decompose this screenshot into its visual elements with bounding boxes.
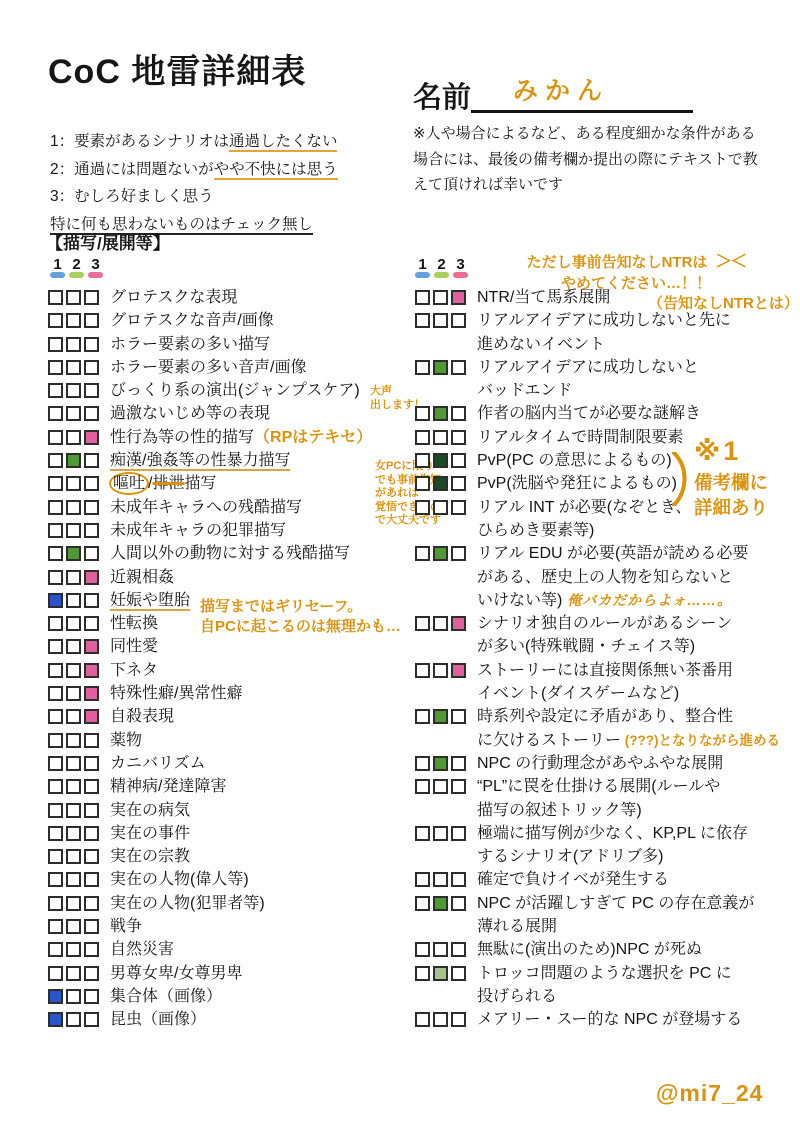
item-label-text: 人間以外の動物に対する残酷描写 <box>110 545 350 562</box>
scale-number: 3 <box>88 257 103 272</box>
checkbox-1[interactable] <box>48 872 63 887</box>
checkbox-1[interactable] <box>48 453 63 468</box>
scale-col-3: 3 <box>88 257 103 278</box>
checkbox-3[interactable] <box>84 360 99 375</box>
checkbox-1[interactable] <box>48 360 63 375</box>
checkbox-group <box>415 542 466 561</box>
scale-header-right: 123 <box>415 257 468 278</box>
checkbox-group <box>48 985 99 1004</box>
item-label: 実在の人物(偉人等) <box>110 868 249 891</box>
checkbox-3[interactable] <box>451 779 466 794</box>
item-label: 未成年キャラへの残酷描写 <box>110 496 302 519</box>
checkbox-2[interactable] <box>66 849 81 864</box>
ntr-warning-line1: ただし事前告知なしNTRは <box>527 254 708 271</box>
item-label: びっくり系の演出(ジャンプスケア) <box>110 379 360 402</box>
checkbox-1[interactable] <box>415 826 430 841</box>
checkbox-3[interactable] <box>451 1012 466 1027</box>
checkbox-3[interactable] <box>84 593 99 608</box>
scale-number: 3 <box>453 257 468 272</box>
scale-number: 2 <box>434 257 449 272</box>
checkbox-3[interactable] <box>84 686 99 701</box>
checkbox-2[interactable] <box>66 803 81 818</box>
checkbox-2[interactable] <box>66 826 81 841</box>
item-label-text: 無駄に(演出のため)NPC が死ぬ <box>477 941 702 958</box>
checkbox-1[interactable] <box>48 849 63 864</box>
checkbox-1[interactable] <box>48 290 63 305</box>
checklist-item: トロッコ問題のような選択を PC に 投げられる <box>415 962 800 1009</box>
checkbox-2[interactable] <box>433 826 448 841</box>
checkbox-group <box>415 752 466 771</box>
ntr-warning-line2: やめてください…！！ <box>561 275 711 292</box>
item-label-text: グロテスクな表現 <box>110 289 237 306</box>
checklist-item: 自殺表現 <box>48 705 443 728</box>
checkbox-1[interactable] <box>415 290 430 305</box>
checkbox-group <box>48 752 99 771</box>
item-label-text: 実在の病気 <box>110 802 190 819</box>
item-label: 未成年キャラの犯罪描写 <box>110 519 286 542</box>
checklist-item: 描写まではギリセーフ。 自PCに起こるのは無理かも…妊娠や堕胎 <box>48 589 443 612</box>
item-label: リアル EDU が必要(英語が読める必要 がある、歴史上の人物を知らないと いけ… <box>477 542 748 612</box>
checkbox-3[interactable] <box>84 290 99 305</box>
checkbox-1[interactable] <box>48 523 63 538</box>
item-label-text: カニバリズム <box>110 755 206 772</box>
checkbox-2[interactable] <box>66 709 81 724</box>
checkbox-1[interactable] <box>48 430 63 445</box>
checklist-item: 嘔吐/排泄描写 <box>48 472 443 495</box>
checkbox-3[interactable] <box>451 500 466 515</box>
checkbox-1[interactable] <box>48 709 63 724</box>
checkbox-group <box>48 915 99 934</box>
emoticon: ＞＜ <box>715 252 745 271</box>
checkbox-3[interactable] <box>84 663 99 678</box>
checklist-item: 性行為等の性的描写（RPはテキセ） <box>48 426 443 449</box>
item-label-text: ホラー要素の多い音声/画像 <box>110 359 306 376</box>
checkbox-3[interactable] <box>84 616 99 631</box>
checkbox-group <box>415 286 466 305</box>
checklist-item: 時系列や設定に矛盾があり、整合性 に欠けるストーリー (???)となりながら進め… <box>415 705 800 752</box>
checkbox-1[interactable] <box>48 406 63 421</box>
checkbox-group <box>415 449 466 468</box>
item-label-text: リアルアイデアに成功しないと先に 進めないイベント <box>477 312 731 352</box>
checkbox-1[interactable] <box>415 709 430 724</box>
checkbox-group <box>415 612 466 631</box>
checkbox-1[interactable] <box>415 453 430 468</box>
item-label-text: 実在の人物(犯罪者等) <box>110 895 265 912</box>
checkbox-group <box>48 868 99 887</box>
checkbox-1[interactable] <box>48 639 63 654</box>
checkbox-1[interactable] <box>48 989 63 1004</box>
checkbox-3[interactable] <box>451 872 466 887</box>
checklist-item: リアルアイデアに成功しないと先に 進めないイベント <box>415 309 800 356</box>
checklist-item: 実在の病気 <box>48 799 443 822</box>
scale-number: 1 <box>415 257 430 272</box>
checklist-item: 精神病/発達障害 <box>48 775 443 798</box>
item-label-text: 戦争 <box>110 918 142 935</box>
checkbox-2[interactable] <box>66 1012 81 1027</box>
checkbox-2[interactable] <box>66 919 81 934</box>
item-label-text: リアルタイムで時間制限要素 <box>477 429 683 446</box>
checkbox-1[interactable] <box>415 616 430 631</box>
name-input[interactable]: みかん <box>471 74 693 113</box>
item-label-text: 自然災害 <box>110 941 174 958</box>
checkbox-group <box>415 775 466 794</box>
checkbox-2[interactable] <box>66 966 81 981</box>
checkbox-1[interactable] <box>415 942 430 957</box>
checkbox-group <box>415 892 466 911</box>
item-label-text: 昆虫（画像） <box>110 1011 206 1028</box>
checkbox-3[interactable] <box>84 756 99 771</box>
checkbox-3[interactable] <box>84 430 99 445</box>
checklist-item: 同性愛 <box>48 635 443 658</box>
checkbox-3[interactable] <box>84 523 99 538</box>
checkbox-2[interactable] <box>66 663 81 678</box>
item-label: 自殺表現 <box>110 705 174 728</box>
checkbox-1[interactable] <box>48 570 63 585</box>
checkbox-2[interactable] <box>433 1012 448 1027</box>
checkbox-3[interactable] <box>451 476 466 491</box>
checkbox-3[interactable] <box>84 639 99 654</box>
checkbox-3[interactable] <box>84 383 99 398</box>
checkbox-group <box>415 938 466 957</box>
checkbox-3[interactable] <box>451 290 466 305</box>
checkbox-3[interactable] <box>84 896 99 911</box>
name-label: 名前 <box>413 82 471 114</box>
checkbox-3[interactable] <box>84 779 99 794</box>
checkbox-2[interactable] <box>66 430 81 445</box>
checkbox-2[interactable] <box>433 476 448 491</box>
item-label-text: 特殊性癖/異常性癖 <box>110 685 242 702</box>
ntr-warning-note: ただし事前告知なしNTRは＞＜ やめてください…！！ <box>505 251 767 294</box>
item-label-text: PvP(洗脳や発狂によるもの) <box>477 475 677 492</box>
checkbox-3[interactable] <box>84 919 99 934</box>
checklist-item: 過激ないじめ等の表現 <box>48 402 443 425</box>
item-label: 性行為等の性的描写（RPはテキセ） <box>110 426 372 449</box>
legend-line-2-text: 2：通過には問題ないが <box>50 161 214 178</box>
checklist-item: シナリオ独自のルールがあるシーン が多い(特殊戦闘・チェイス等) <box>415 612 800 659</box>
checkbox-2[interactable] <box>433 896 448 911</box>
checkbox-3[interactable] <box>84 570 99 585</box>
checkbox-group <box>48 356 99 375</box>
checklist-item: 集合体（画像） <box>48 985 443 1008</box>
checklist-item: 自然災害 <box>48 938 443 961</box>
checkbox-2[interactable] <box>433 500 448 515</box>
checkbox-2[interactable] <box>433 290 448 305</box>
checklist-item: 未成年キャラの犯罪描写 <box>48 519 443 542</box>
item-label-text: 確定で負けイベが発生する <box>477 871 669 888</box>
checkbox-3[interactable] <box>84 453 99 468</box>
checkbox-1[interactable] <box>48 337 63 352</box>
item-label-text: 嘔吐/排泄描写 <box>110 475 217 492</box>
checkbox-1[interactable] <box>48 686 63 701</box>
checkbox-2[interactable] <box>433 406 448 421</box>
item-label: トロッコ問題のような選択を PC に 投げられる <box>477 962 732 1009</box>
checkbox-1[interactable] <box>48 826 63 841</box>
checkbox-group <box>415 426 466 445</box>
checkbox-2[interactable] <box>66 360 81 375</box>
checklist-item: 女PCに限り× でも事前告知があれば 覚悟できるので大丈夫です痴漢/強姦等の性暴… <box>48 449 443 472</box>
checkbox-3[interactable] <box>451 663 466 678</box>
checkbox-group <box>48 286 99 305</box>
legend-line-2: 2：通過には問題ないがやや不快には思う <box>50 156 338 184</box>
checkbox-1[interactable] <box>415 546 430 561</box>
checkbox-1[interactable] <box>48 803 63 818</box>
checkbox-group <box>48 496 99 515</box>
checkbox-group <box>48 799 99 818</box>
checkbox-2[interactable] <box>66 896 81 911</box>
checkbox-2[interactable] <box>66 593 81 608</box>
item-label-text: 男尊女卑/女尊男卑 <box>110 965 242 982</box>
checkbox-1[interactable] <box>48 313 63 328</box>
checklist-item: リアルタイムで時間制限要素 <box>415 426 800 449</box>
checkbox-3[interactable] <box>451 313 466 328</box>
checkbox-3[interactable] <box>84 826 99 841</box>
checkbox-3[interactable] <box>451 942 466 957</box>
checkbox-3[interactable] <box>451 709 466 724</box>
checkbox-group <box>48 705 99 724</box>
item-label: 無駄に(演出のため)NPC が死ぬ <box>477 938 702 961</box>
checkbox-1[interactable] <box>48 663 63 678</box>
checkbox-3[interactable] <box>84 966 99 981</box>
checkbox-3[interactable] <box>84 849 99 864</box>
item-label: リアル INT が必要(なぞとき、 ひらめき要素等) <box>477 496 691 543</box>
item-label: 集合体（画像） <box>110 985 222 1008</box>
checkbox-1[interactable] <box>48 966 63 981</box>
checklist-item: 性転換 <box>48 612 443 635</box>
checkbox-1[interactable] <box>415 430 430 445</box>
item-label: ホラー要素の多い描写 <box>110 333 270 356</box>
checklist-item: リアル EDU が必要(英語が読める必要 がある、歴史上の人物を知らないと いけ… <box>415 542 800 612</box>
checkbox-2[interactable] <box>66 546 81 561</box>
item-label: 下ネタ <box>110 659 158 682</box>
checkbox-1[interactable] <box>48 756 63 771</box>
checkbox-1[interactable] <box>48 942 63 957</box>
item-label: ホラー要素の多い音声/画像 <box>110 356 306 379</box>
checklist-left: グロテスクな表現グロテスクな音声/画像ホラー要素の多い描写ホラー要素の多い音声/… <box>48 286 443 1032</box>
checkbox-group <box>415 962 466 981</box>
checkbox-3[interactable] <box>451 756 466 771</box>
checkbox-1[interactable] <box>415 896 430 911</box>
checkbox-3[interactable] <box>84 500 99 515</box>
item-label-text: リアル INT が必要(なぞとき、 ひらめき要素等) <box>477 499 691 539</box>
checkbox-2[interactable] <box>433 546 448 561</box>
checklist-item: “PL”に罠を仕掛ける展開(ルールや 描写の叙述トリック等) <box>415 775 800 822</box>
checkbox-2[interactable] <box>66 872 81 887</box>
checkbox-3[interactable] <box>84 1012 99 1027</box>
checkbox-3[interactable] <box>451 453 466 468</box>
item-label: メアリー・スー的な NPC が登場する <box>477 1008 742 1031</box>
item-label: PvP(PC の意思によるもの) <box>477 449 672 472</box>
item-label-text: 未成年キャラの犯罪描写 <box>110 522 286 539</box>
checkbox-3[interactable] <box>84 546 99 561</box>
checkbox-3[interactable] <box>451 966 466 981</box>
checkbox-2[interactable] <box>433 453 448 468</box>
checkbox-2[interactable] <box>433 942 448 957</box>
memo-text: ※人や場合によるなど、ある程度細かな条件がある 場合には、最後の備考欄か提出の際… <box>413 121 758 198</box>
checkbox-2[interactable] <box>433 313 448 328</box>
checkbox-3[interactable] <box>84 476 99 491</box>
checkbox-2[interactable] <box>66 476 81 491</box>
checkbox-3[interactable] <box>84 337 99 352</box>
checkbox-2[interactable] <box>66 942 81 957</box>
item-label: 人間以外の動物に対する残酷描写 <box>110 542 350 565</box>
handwritten-note-inline: (???)となりながら進める <box>621 733 780 748</box>
checkbox-3[interactable] <box>451 406 466 421</box>
checkbox-3[interactable] <box>84 709 99 724</box>
legend-line-1: 1：要素があるシナリオは通過したくない <box>50 128 338 156</box>
checkbox-3[interactable] <box>84 989 99 1004</box>
item-label: リアルアイデアに成功しないと先に 進めないイベント <box>477 309 731 356</box>
checkbox-2[interactable] <box>433 360 448 375</box>
item-label-text: 作者の脳内当てが必要な謎解き <box>477 405 701 422</box>
checkbox-1[interactable] <box>415 1012 430 1027</box>
item-label-text: びっくり系の演出(ジャンプスケア) <box>110 382 360 399</box>
checkbox-3[interactable] <box>451 360 466 375</box>
checklist-item: リアルアイデアに成功しないと バッドエンド <box>415 356 800 403</box>
checkbox-1[interactable] <box>48 1012 63 1027</box>
checklist-item: 極端に描写例が少なく、KP,PL に依存 するシナリオ(アドリブ多) <box>415 822 800 869</box>
checkbox-2[interactable] <box>433 872 448 887</box>
checkbox-2[interactable] <box>66 383 81 398</box>
checkbox-group <box>415 705 466 724</box>
scale-number: 2 <box>69 257 84 272</box>
checklist-item: 近親相姦 <box>48 566 443 589</box>
item-label-text: 痴漢/強姦等の性暴力描写 <box>110 452 290 471</box>
item-label-text: 未成年キャラへの残酷描写 <box>110 499 302 516</box>
checkbox-2[interactable] <box>433 616 448 631</box>
checkbox-1[interactable] <box>415 500 430 515</box>
checkbox-1[interactable] <box>48 896 63 911</box>
item-label: 男尊女卑/女尊男卑 <box>110 962 242 985</box>
checkbox-2[interactable] <box>66 616 81 631</box>
checkbox-2[interactable] <box>66 570 81 585</box>
checkbox-group <box>415 472 466 491</box>
legend: 1：要素があるシナリオは通過したくない 2：通過には問題ないがやや不快には思う … <box>50 128 338 238</box>
checkbox-group <box>48 822 99 841</box>
checkbox-1[interactable] <box>415 872 430 887</box>
checkbox-2[interactable] <box>433 663 448 678</box>
checkbox-1[interactable] <box>415 779 430 794</box>
checklist-item: カニバリズム <box>48 752 443 775</box>
checkbox-1[interactable] <box>48 500 63 515</box>
item-label-text: メアリー・スー的な NPC が登場する <box>477 1011 742 1028</box>
item-label: PvP(洗脳や発狂によるもの) <box>477 472 677 495</box>
checkbox-2[interactable] <box>433 709 448 724</box>
checkbox-1[interactable] <box>48 616 63 631</box>
item-label-text: 下ネタ <box>110 662 158 679</box>
scale-col-1: 1 <box>415 257 430 278</box>
checkbox-1[interactable] <box>415 663 430 678</box>
checklist-item: NPC が活躍しすぎて PC の存在意義が 薄れる展開 <box>415 892 800 939</box>
checkbox-group <box>48 635 99 654</box>
checkbox-2[interactable] <box>66 406 81 421</box>
checkbox-1[interactable] <box>415 756 430 771</box>
item-label: 性転換 <box>110 612 158 635</box>
item-label: 時系列や設定に矛盾があり、整合性 に欠けるストーリー (???)となりながら進め… <box>477 705 780 752</box>
checkbox-2[interactable] <box>433 756 448 771</box>
checklist-item: グロテスクな表現 <box>48 286 443 309</box>
checkbox-1[interactable] <box>48 919 63 934</box>
checkbox-1[interactable] <box>415 406 430 421</box>
checkbox-3[interactable] <box>451 896 466 911</box>
item-label-text: 集合体（画像） <box>110 988 222 1005</box>
checkbox-1[interactable] <box>415 360 430 375</box>
item-label: 戦争 <box>110 915 142 938</box>
checkbox-3[interactable] <box>451 430 466 445</box>
checkbox-2[interactable] <box>66 290 81 305</box>
checkbox-2[interactable] <box>66 756 81 771</box>
checkbox-2[interactable] <box>66 523 81 538</box>
checkbox-1[interactable] <box>48 733 63 748</box>
checklist-item: NPC の行動理念があやふやな展開 <box>415 752 800 775</box>
checkbox-group <box>415 659 466 678</box>
handwritten-note-inline: （RPはテキセ） <box>254 429 372 446</box>
checkbox-2[interactable] <box>433 779 448 794</box>
checklist-item: ホラー要素の多い音声/画像 <box>48 356 443 379</box>
item-label: リアルタイムで時間制限要素 <box>477 426 683 449</box>
checkbox-3[interactable] <box>84 942 99 957</box>
checkbox-2[interactable] <box>66 639 81 654</box>
item-label: 作者の脳内当てが必要な謎解き <box>477 402 701 425</box>
checkbox-2[interactable] <box>433 966 448 981</box>
checkbox-group <box>48 566 99 585</box>
checklist-item: 実在の事件 <box>48 822 443 845</box>
checkbox-3[interactable] <box>451 546 466 561</box>
checklist-item: 戦争 <box>48 915 443 938</box>
checkbox-2[interactable] <box>66 500 81 515</box>
checklist-item: ホラー要素の多い描写 <box>48 333 443 356</box>
checkbox-3[interactable] <box>451 826 466 841</box>
item-label: “PL”に罠を仕掛ける展開(ルールや 描写の叙述トリック等) <box>477 775 720 822</box>
checkbox-2[interactable] <box>66 453 81 468</box>
checkbox-1[interactable] <box>48 476 63 491</box>
ntr-definition-note: （告知なしNTRとは） <box>648 292 799 313</box>
checklist-right: NTR/当て馬系展開リアルアイデアに成功しないと先に 進めないイベントリアルアイ… <box>415 286 800 1032</box>
checklist-item: 確定で負けイベが発生する <box>415 868 800 891</box>
legend-line-1-text: 1：要素があるシナリオは <box>50 133 229 150</box>
checkbox-2[interactable] <box>66 779 81 794</box>
checkbox-1[interactable] <box>415 313 430 328</box>
scale-col-2: 2 <box>434 257 449 278</box>
checkbox-2[interactable] <box>433 430 448 445</box>
handwritten-note-inline: 俺バカだからよォ……。 <box>562 592 732 608</box>
checkbox-2[interactable] <box>66 686 81 701</box>
checklist-item: グロテスクな音声/画像 <box>48 309 443 332</box>
checklist-item: 実在の人物(犯罪者等) <box>48 892 443 915</box>
checkbox-3[interactable] <box>84 313 99 328</box>
checkbox-3[interactable] <box>84 733 99 748</box>
checkbox-group <box>48 729 99 748</box>
checkbox-2[interactable] <box>66 313 81 328</box>
item-label: 特殊性癖/異常性癖 <box>110 682 242 705</box>
checkbox-3[interactable] <box>451 616 466 631</box>
checklist-item: 実在の宗教 <box>48 845 443 868</box>
checkbox-1[interactable] <box>48 383 63 398</box>
checkbox-2[interactable] <box>66 733 81 748</box>
item-label-text: 極端に描写例が少なく、KP,PL に依存 するシナリオ(アドリブ多) <box>477 825 748 865</box>
checkbox-2[interactable] <box>66 337 81 352</box>
checkbox-1[interactable] <box>48 593 63 608</box>
checkbox-1[interactable] <box>48 546 63 561</box>
checkbox-1[interactable] <box>415 476 430 491</box>
checkbox-1[interactable] <box>48 779 63 794</box>
checklist-item: 男尊女卑/女尊男卑 <box>48 962 443 985</box>
checkbox-1[interactable] <box>415 966 430 981</box>
checkbox-2[interactable] <box>66 989 81 1004</box>
item-label: 痴漢/強姦等の性暴力描写 <box>110 449 290 472</box>
checkbox-3[interactable] <box>84 872 99 887</box>
checkbox-3[interactable] <box>84 406 99 421</box>
checkbox-3[interactable] <box>84 803 99 818</box>
